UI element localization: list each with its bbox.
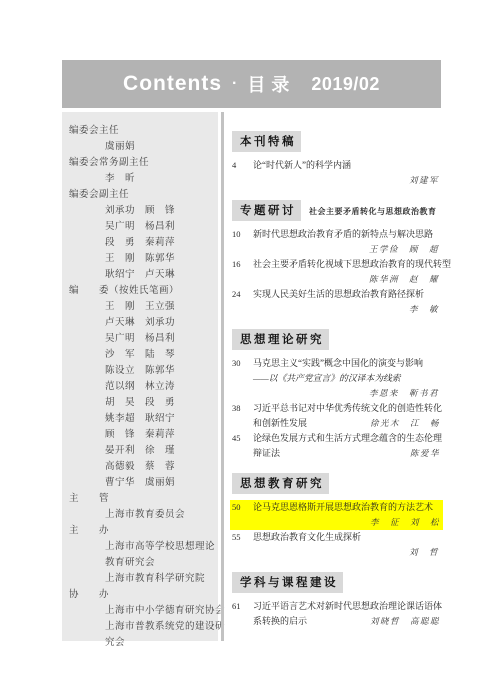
title-indent xyxy=(232,416,253,431)
board-member-line: 究会 xyxy=(69,635,215,651)
board-member-line: 范以纲 林立涛 xyxy=(69,379,215,395)
board-member-line: 耿绍宁 卢天琳 xyxy=(69,267,215,283)
header-separator-dot: · xyxy=(232,75,237,93)
header-issue-number: 2019/02 xyxy=(311,74,380,95)
page-number: 16 xyxy=(232,257,253,272)
board-member-line: 李 昕 xyxy=(69,171,215,187)
board-role-label: 编委会副主任 xyxy=(69,187,215,203)
board-role-label: 主 管 xyxy=(69,491,215,507)
toc-section: 学科与课程建设61习近平语言艺术对新时代思想政治理论课话语体系转换的启示刘晓哲 … xyxy=(232,572,442,629)
title-indent xyxy=(232,446,253,461)
board-member-line: 段 勇 秦莉萍 xyxy=(69,235,215,251)
toc-item-title-row: 16社会主要矛盾转化视域下思想政治教育的现代转型 xyxy=(232,257,442,272)
toc-item: 24实现人民美好生活的思想政治教育路径探析李 敏 xyxy=(232,287,442,317)
section-heading-row: 思想教育研究 xyxy=(232,473,442,494)
toc-item-title-row: 30马克思主义“实践”概念中国化的演变与影响 xyxy=(232,356,442,371)
page-number: 50 xyxy=(232,500,253,515)
article-title: 论“时代新人”的科学内涵 xyxy=(253,158,351,173)
article-title: 和创新性发展 xyxy=(253,416,307,431)
toc-item-title-row: 系转换的启示刘晓哲 高聪聪 xyxy=(232,614,442,629)
vertical-divider xyxy=(221,112,224,641)
article-title: 思想政治教育文化生成探析 xyxy=(253,530,361,545)
toc-item-title-row: 10新时代思想政治教育矛盾的新特点与解决思路 xyxy=(232,227,442,242)
board-member-line: 卢天琳 刘承功 xyxy=(69,315,215,331)
toc-section: 本刊特稿4论“时代新人”的科学内涵刘建军 xyxy=(232,131,442,188)
toc-section: 思想理论研究30马克思主义“实践”概念中国化的演变与影响——以《共产党宣言》的汉… xyxy=(232,329,442,461)
board-member-line: 教育研究会 xyxy=(69,555,215,571)
toc-item-title-row: 55思想政治教育文化生成探析 xyxy=(232,530,442,545)
board-member-line: 姚李超 耿绍宁 xyxy=(69,411,215,427)
board-member-line: 陈设立 陈郭华 xyxy=(69,363,215,379)
board-member-line: 虞丽娟 xyxy=(69,139,215,155)
article-authors: 刘 哲 xyxy=(232,545,442,560)
toc-item-title-row: 和创新性发展徐光木 江 畅 xyxy=(232,416,442,431)
toc-item-title-row: 辩证法陈爱华 xyxy=(232,446,442,461)
board-role-label: 编 委（按姓氏笔画） xyxy=(69,283,215,299)
editorial-board-panel: 编委会主任虞丽娟编委会常务副主任李 昕编委会副主任刘承功 顾 锋吴广明 杨昌利段… xyxy=(62,112,218,641)
board-member-line: 沙 军 陆 琴 xyxy=(69,347,215,363)
section-subtitle: 社会主要矛盾转化与思想政治教育 xyxy=(301,206,437,221)
article-title: 马克思主义“实践”概念中国化的演变与影响 xyxy=(253,356,423,371)
article-authors: 刘晓哲 高聪聪 xyxy=(370,614,442,629)
contents-header-bar: Contents · 目录 2019/02 xyxy=(62,60,441,108)
board-member-line: 上海市教育委员会 xyxy=(69,507,215,523)
article-title: 新时代思想政治教育矛盾的新特点与解决思路 xyxy=(253,227,433,242)
toc-item: 50论马克思恩格斯开展思想政治教育的方法艺术李 征 刘 松 xyxy=(230,500,443,530)
toc-item-title-row: 61习近平语言艺术对新时代思想政治理论课话语体 xyxy=(232,599,442,614)
toc-item: 38习近平总书记对中华优秀传统文化的创造性转化和创新性发展徐光木 江 畅 xyxy=(232,401,442,431)
page-number: 55 xyxy=(232,530,253,545)
board-role-label: 协 办 xyxy=(69,587,215,603)
toc-item-title-row: 50论马克思恩格斯开展思想政治教育的方法艺术 xyxy=(232,500,443,515)
section-heading-row: 思想理论研究 xyxy=(232,329,442,350)
board-member-line: 王 刚 陈郭华 xyxy=(69,251,215,267)
page-number: 61 xyxy=(232,599,253,614)
board-member-line: 曹宁华 虞丽娟 xyxy=(69,475,215,491)
article-authors: 陈爱华 xyxy=(410,446,442,461)
board-member-line: 上海市中小学德育研究协会 xyxy=(69,603,215,619)
toc-section: 思想教育研究50论马克思恩格斯开展思想政治教育的方法艺术李 征 刘 松55思想政… xyxy=(232,473,442,560)
page-number: 30 xyxy=(232,356,253,371)
table-of-contents: 本刊特稿4论“时代新人”的科学内涵刘建军专题研讨社会主要矛盾转化与思想政治教育1… xyxy=(232,131,442,641)
article-title: 习近平总书记对中华优秀传统文化的创造性转化 xyxy=(253,401,442,416)
section-heading-row: 专题研讨社会主要矛盾转化与思想政治教育 xyxy=(232,200,442,221)
board-member-line: 上海市高等学校思想理论 xyxy=(69,539,215,555)
header-title-chinese: 目录 xyxy=(247,71,295,97)
toc-item: 55思想政治教育文化生成探析刘 哲 xyxy=(232,530,442,560)
page-number: 45 xyxy=(232,431,253,446)
board-member-line: 胡 昊 段 勇 xyxy=(69,395,215,411)
page-number: 38 xyxy=(232,401,253,416)
article-authors: 陈华洲 赵 耀 xyxy=(232,272,442,287)
article-title: 实现人民美好生活的思想政治教育路径探析 xyxy=(253,287,424,302)
board-member-line: 上海市普教系统党的建设研 xyxy=(69,619,215,635)
toc-item-title-row: 4论“时代新人”的科学内涵 xyxy=(232,158,442,173)
board-role-label: 编委会主任 xyxy=(69,123,215,139)
page-number: 24 xyxy=(232,287,253,302)
board-role-label: 主 办 xyxy=(69,523,215,539)
board-member-line: 上海市教育科学研究院 xyxy=(69,571,215,587)
article-authors: 王学俭 顾 超 xyxy=(232,242,442,257)
section-heading: 思想理论研究 xyxy=(232,329,329,350)
board-member-line: 刘承功 顾 锋 xyxy=(69,203,215,219)
section-heading: 本刊特稿 xyxy=(232,131,301,152)
journal-contents-page: Contents · 目录 2019/02 编委会主任虞丽娟编委会常务副主任李 … xyxy=(0,0,495,700)
article-title: 社会主要矛盾转化视域下思想政治教育的现代转型 xyxy=(253,257,451,272)
section-heading-row: 学科与课程建设 xyxy=(232,572,442,593)
article-authors: 李恩来 靳书君 xyxy=(232,386,442,401)
header-title-english: Contents xyxy=(123,72,222,96)
toc-section: 专题研讨社会主要矛盾转化与思想政治教育10新时代思想政治教育矛盾的新特点与解决思… xyxy=(232,200,442,317)
article-title: 系转换的启示 xyxy=(253,614,307,629)
section-heading-row: 本刊特稿 xyxy=(232,131,442,152)
article-title: 习近平语言艺术对新时代思想政治理论课话语体 xyxy=(253,599,442,614)
board-member-line: 吴广明 杨昌利 xyxy=(69,331,215,347)
board-member-line: 高德毅 蔡 蓉 xyxy=(69,459,215,475)
toc-item-title-row: 24实现人民美好生活的思想政治教育路径探析 xyxy=(232,287,442,302)
section-heading: 思想教育研究 xyxy=(232,473,329,494)
article-authors: 徐光木 江 畅 xyxy=(370,416,442,431)
toc-item-title-row: 38习近平总书记对中华优秀传统文化的创造性转化 xyxy=(232,401,442,416)
toc-item: 30马克思主义“实践”概念中国化的演变与影响——以《共产党宣言》的汉译本为线索李… xyxy=(232,356,442,401)
board-member-line: 顾 锋 秦莉萍 xyxy=(69,427,215,443)
board-member-line: 晏开利 徐 瑾 xyxy=(69,443,215,459)
toc-item: 10新时代思想政治教育矛盾的新特点与解决思路王学俭 顾 超 xyxy=(232,227,442,257)
title-indent xyxy=(232,614,253,629)
toc-item: 4论“时代新人”的科学内涵刘建军 xyxy=(232,158,442,188)
section-heading: 学科与课程建设 xyxy=(232,572,343,593)
toc-item: 45论绿色发展方式和生活方式理念蕴含的生态伦理辩证法陈爱华 xyxy=(232,431,442,461)
article-title: 论马克思恩格斯开展思想政治教育的方法艺术 xyxy=(253,500,433,515)
toc-item-title-row: 45论绿色发展方式和生活方式理念蕴含的生态伦理 xyxy=(232,431,442,446)
article-title: 辩证法 xyxy=(253,446,280,461)
board-role-label: 编委会常务副主任 xyxy=(69,155,215,171)
page-number: 4 xyxy=(232,158,253,173)
board-member-line: 吴广明 杨昌利 xyxy=(69,219,215,235)
section-heading: 专题研讨 xyxy=(232,200,301,221)
article-title: 论绿色发展方式和生活方式理念蕴含的生态伦理 xyxy=(253,431,442,446)
board-member-line: 王 刚 王立强 xyxy=(69,299,215,315)
article-authors: 李 征 刘 松 xyxy=(232,515,443,530)
article-subtitle: ——以《共产党宣言》的汉译本为线索 xyxy=(232,371,442,386)
page-number: 10 xyxy=(232,227,253,242)
toc-item: 61习近平语言艺术对新时代思想政治理论课话语体系转换的启示刘晓哲 高聪聪 xyxy=(232,599,442,629)
toc-item: 16社会主要矛盾转化视域下思想政治教育的现代转型陈华洲 赵 耀 xyxy=(232,257,442,287)
article-authors: 刘建军 xyxy=(232,173,442,188)
article-authors: 李 敏 xyxy=(232,302,442,317)
